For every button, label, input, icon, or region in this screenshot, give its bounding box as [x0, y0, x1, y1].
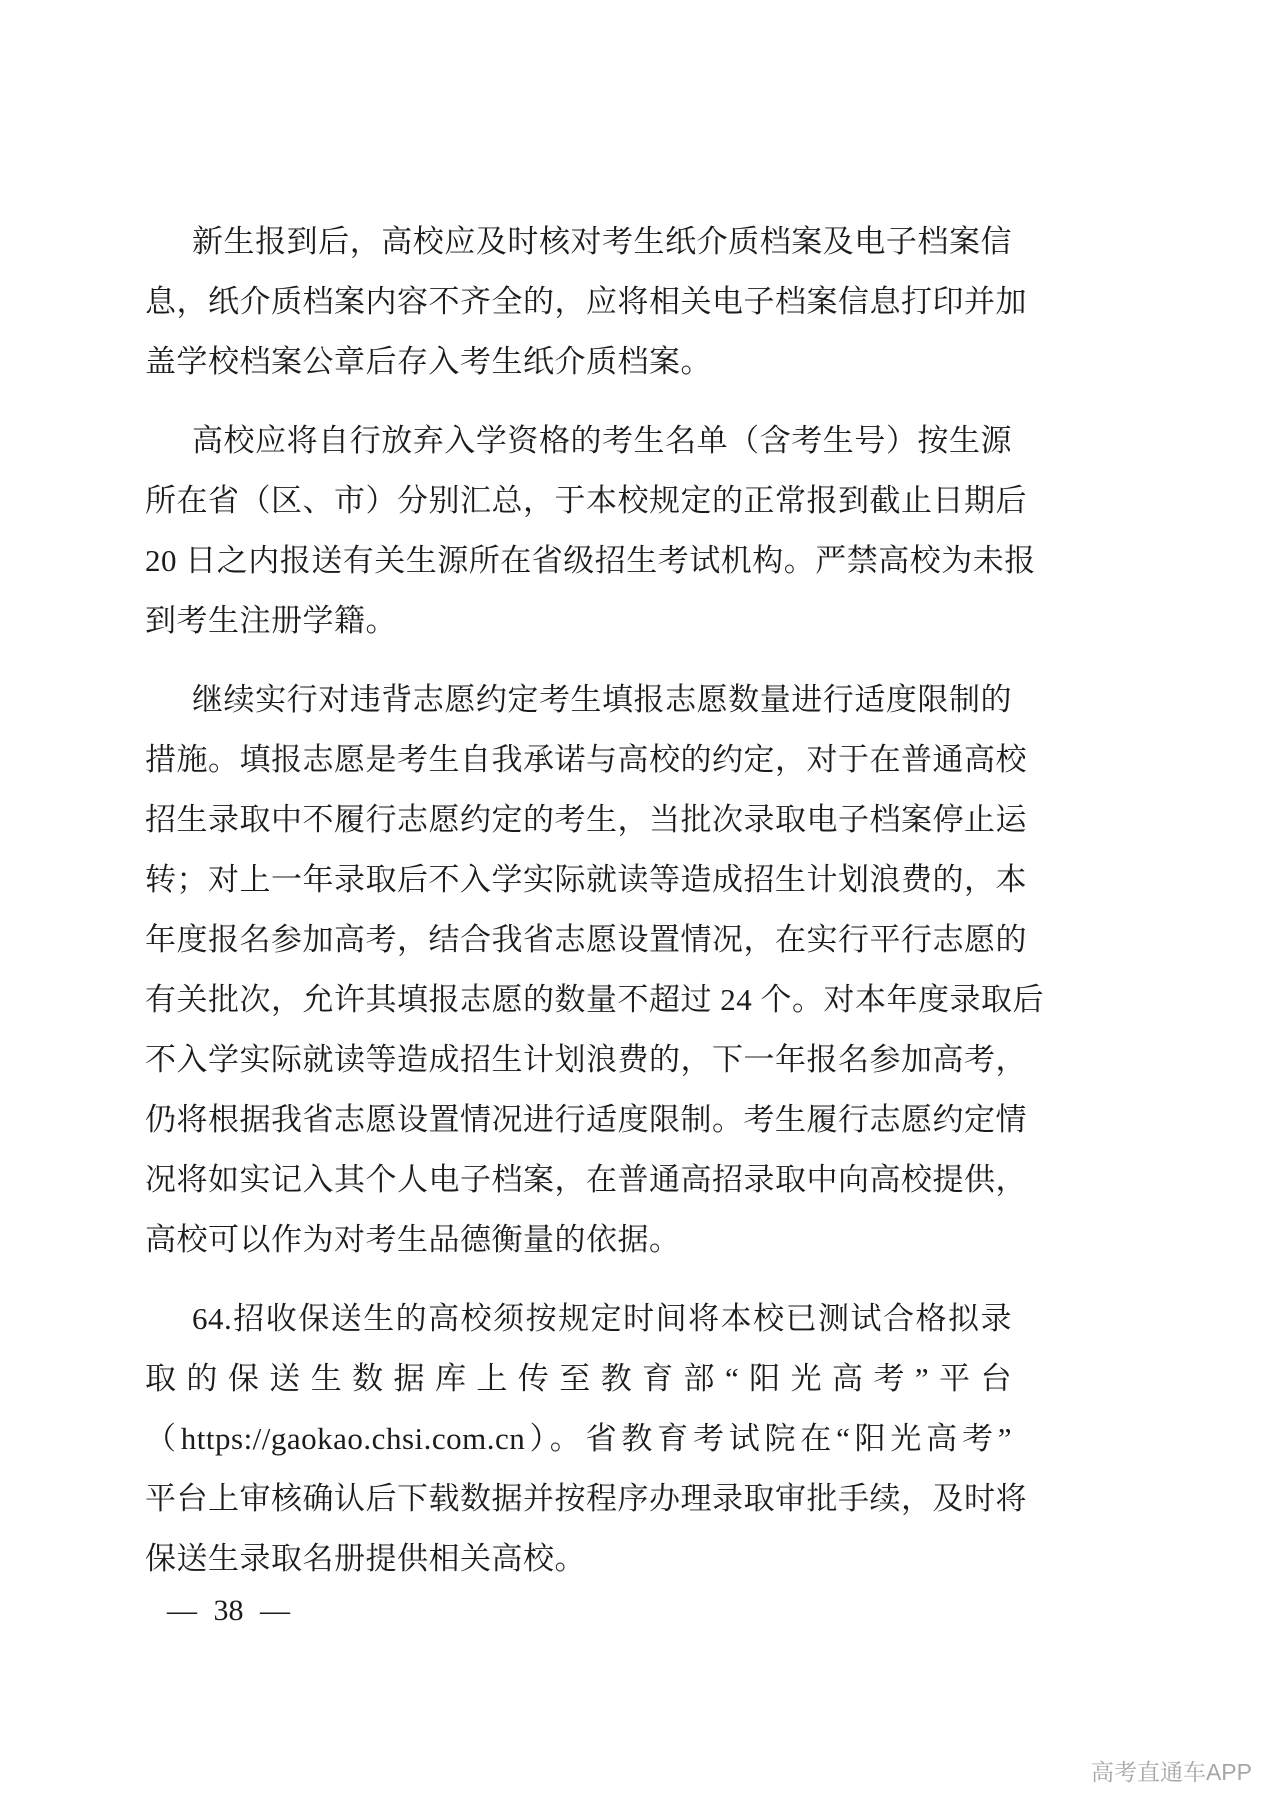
text-line: 况将如实记入其个人电子档案，在普通高招录取中向高校提供， — [145, 1150, 1012, 1210]
text-line: 有关批次，允许其填报志愿的数量不超过 24 个。对本年度录取后 — [145, 970, 1012, 1030]
page-number: — 38 — — [167, 1592, 290, 1630]
text-line: 息，纸介质档案内容不齐全的，应将相关电子档案信息打印并加 — [145, 272, 1012, 332]
text-line: 新生报到后，高校应及时核对考生纸介质档案及电子档案信 — [145, 212, 1012, 272]
text-line: 取的保送生数据库上传至教育部“阳光高考”平台 — [145, 1349, 1012, 1409]
text-line: 年度报名参加高考，结合我省志愿设置情况，在实行平行志愿的 — [145, 910, 1012, 970]
paragraph: 64.招收保送生的高校须按规定时间将本校已测试合格拟录取的保送生数据库上传至教育… — [145, 1289, 1012, 1589]
paragraph: 继续实行对违背志愿约定考生填报志愿数量进行适度限制的措施。填报志愿是考生自我承诺… — [145, 670, 1012, 1270]
text-line: 保送生录取名册提供相关高校。 — [145, 1529, 1012, 1589]
document-page: 新生报到后，高校应及时核对考生纸介质档案及电子档案信息，纸介质档案内容不齐全的，… — [0, 0, 1280, 1811]
text-line: 高校可以作为对考生品德衡量的依据。 — [145, 1210, 1012, 1270]
paragraph: 高校应将自行放弃入学资格的考生名单（含考生号）按生源所在省（区、市）分别汇总，于… — [145, 411, 1012, 651]
text-line: 所在省（区、市）分别汇总，于本校规定的正常报到截止日期后 — [145, 471, 1012, 531]
text-line: 64.招收保送生的高校须按规定时间将本校已测试合格拟录 — [145, 1289, 1012, 1349]
text-line: 盖学校档案公章后存入考生纸介质档案。 — [145, 332, 1012, 392]
text-line: 仍将根据我省志愿设置情况进行适度限制。考生履行志愿约定情 — [145, 1090, 1012, 1150]
text-line: 平台上审核确认后下载数据并按程序办理录取审批手续，及时将 — [145, 1469, 1012, 1529]
watermark-label: 高考直通车APP — [1091, 1758, 1252, 1786]
paragraph: 新生报到后，高校应及时核对考生纸介质档案及电子档案信息，纸介质档案内容不齐全的，… — [145, 212, 1012, 392]
text-line: 招生录取中不履行志愿约定的考生，当批次录取电子档案停止运 — [145, 790, 1012, 850]
text-line: 20 日之内报送有关生源所在省级招生考试机构。严禁高校为未报 — [145, 531, 1012, 591]
text-line: （https://gaokao.chsi.com.cn）。省教育考试院在“阳光高… — [145, 1409, 1012, 1469]
text-line: 高校应将自行放弃入学资格的考生名单（含考生号）按生源 — [145, 411, 1012, 471]
text-line: 继续实行对违背志愿约定考生填报志愿数量进行适度限制的 — [145, 670, 1012, 730]
text-line: 转；对上一年录取后不入学实际就读等造成招生计划浪费的，本 — [145, 850, 1012, 910]
text-line: 措施。填报志愿是考生自我承诺与高校的约定，对于在普通高校 — [145, 730, 1012, 790]
document-body-text: 新生报到后，高校应及时核对考生纸介质档案及电子档案信息，纸介质档案内容不齐全的，… — [145, 212, 1012, 1589]
text-line: 到考生注册学籍。 — [145, 591, 1012, 651]
text-line: 不入学实际就读等造成招生计划浪费的，下一年报名参加高考， — [145, 1030, 1012, 1090]
